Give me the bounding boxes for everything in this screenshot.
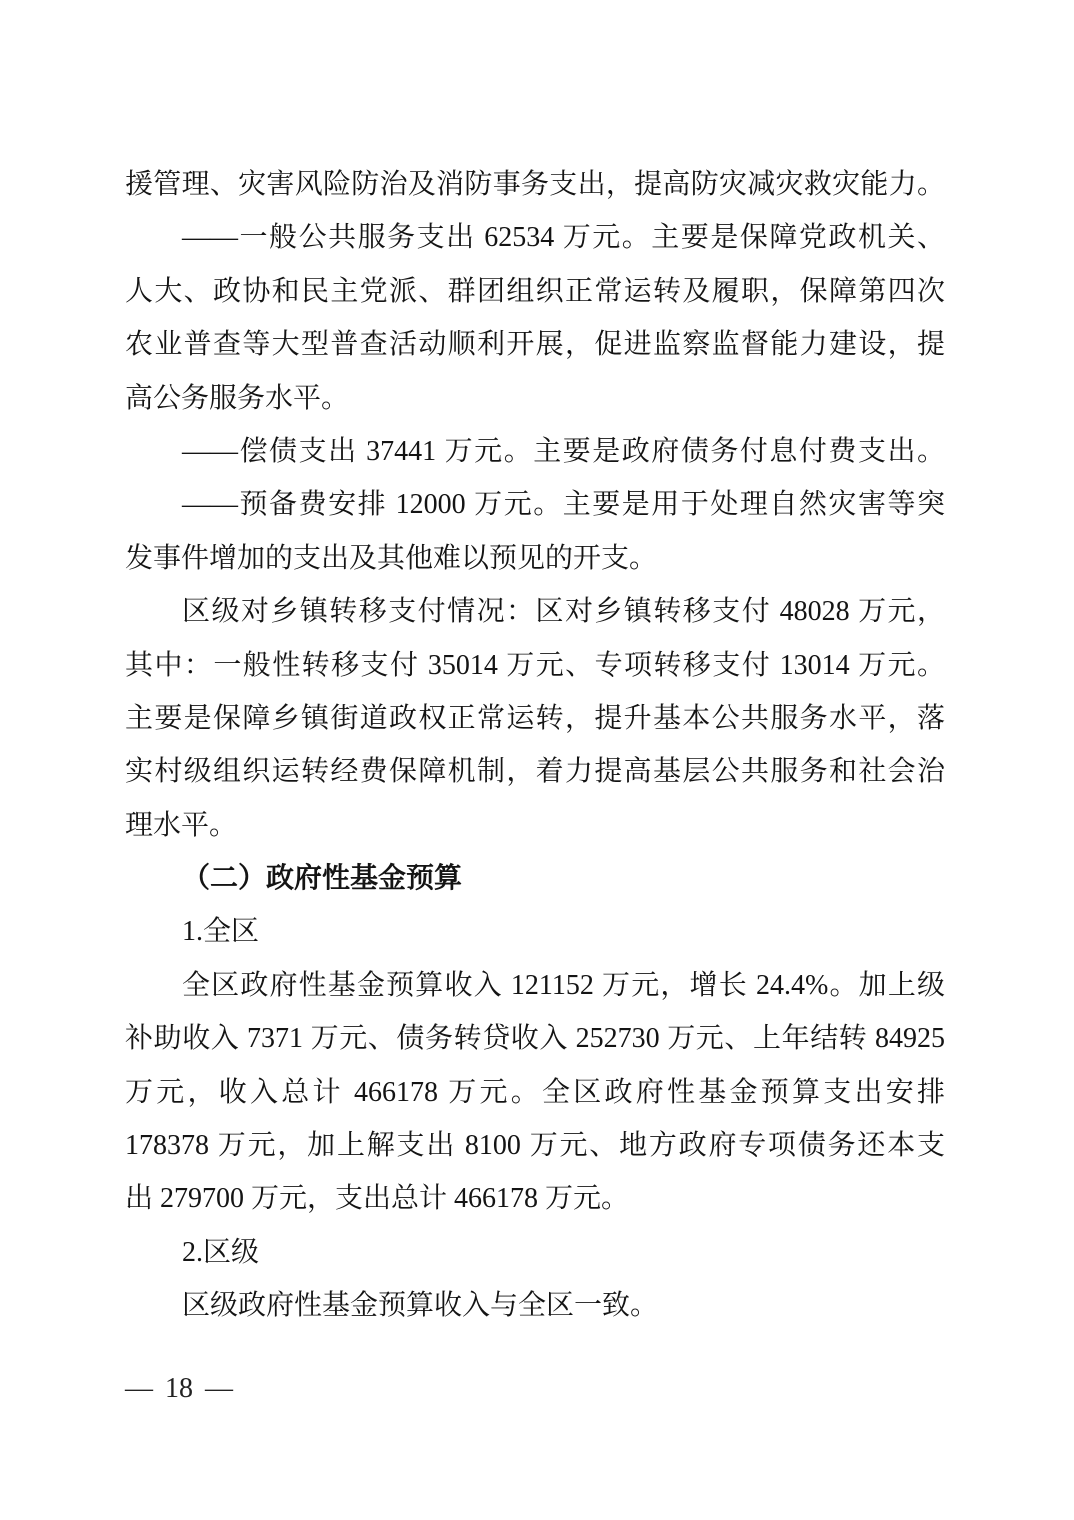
text-line: 实村级组织运转经费保障机制，着力提高基层公共服务和社会治 xyxy=(125,745,945,798)
text-line: 区级对乡镇转移支付情况：区对乡镇转移支付 48028 万元， xyxy=(125,585,945,638)
text-line: 农业普查等大型普查活动顺利开展，促进监察监督能力建设，提 xyxy=(125,318,945,371)
document-page: 援管理、灾害风险防治及消防事务支出，提高防灾减灾救灾能力。——一般公共服务支出 … xyxy=(0,0,1074,1520)
page-number: — 18 — xyxy=(125,1373,233,1404)
text-line: 178378 万元，加上解支出 8100 万元、地方政府专项债务还本支 xyxy=(125,1119,945,1172)
text-line: 高公务服务水平。 xyxy=(125,372,945,425)
text-line: 区级政府性基金预算收入与全区一致。 xyxy=(125,1279,945,1332)
page-footer: — 18 — xyxy=(125,1372,233,1406)
section-heading: （二）政府性基金预算 xyxy=(125,852,945,905)
text-line: 理水平。 xyxy=(125,799,945,852)
text-line: 人大、政协和民主党派、群团组织正常运转及履职，保障第四次 xyxy=(125,265,945,318)
text-line: 出 279700 万元，支出总计 466178 万元。 xyxy=(125,1172,945,1225)
text-line: 全区政府性基金预算收入 121152 万元，增长 24.4%。加上级 xyxy=(125,959,945,1012)
text-line: 万元，收入总计 466178 万元。全区政府性基金预算支出安排 xyxy=(125,1066,945,1119)
text-line: 补助收入 7371 万元、债务转贷收入 252730 万元、上年结转 84925 xyxy=(125,1012,945,1065)
document-body: 援管理、灾害风险防治及消防事务支出，提高防灾减灾救灾能力。——一般公共服务支出 … xyxy=(125,158,945,1333)
text-line: ——预备费安排 12000 万元。主要是用于处理自然灾害等突 xyxy=(125,478,945,531)
text-line: 发事件增加的支出及其他难以预见的开支。 xyxy=(125,532,945,585)
text-line: 援管理、灾害风险防治及消防事务支出，提高防灾减灾救灾能力。 xyxy=(125,158,945,211)
text-line: ——偿债支出 37441 万元。主要是政府债务付息付费支出。 xyxy=(125,425,945,478)
text-line: ——一般公共服务支出 62534 万元。主要是保障党政机关、 xyxy=(125,211,945,264)
text-line: 其中：一般性转移支付 35014 万元、专项转移支付 13014 万元。 xyxy=(125,639,945,692)
text-line: 1.全区 xyxy=(125,905,945,958)
text-line: 2.区级 xyxy=(125,1226,945,1279)
text-line: 主要是保障乡镇街道政权正常运转，提升基本公共服务水平，落 xyxy=(125,692,945,745)
